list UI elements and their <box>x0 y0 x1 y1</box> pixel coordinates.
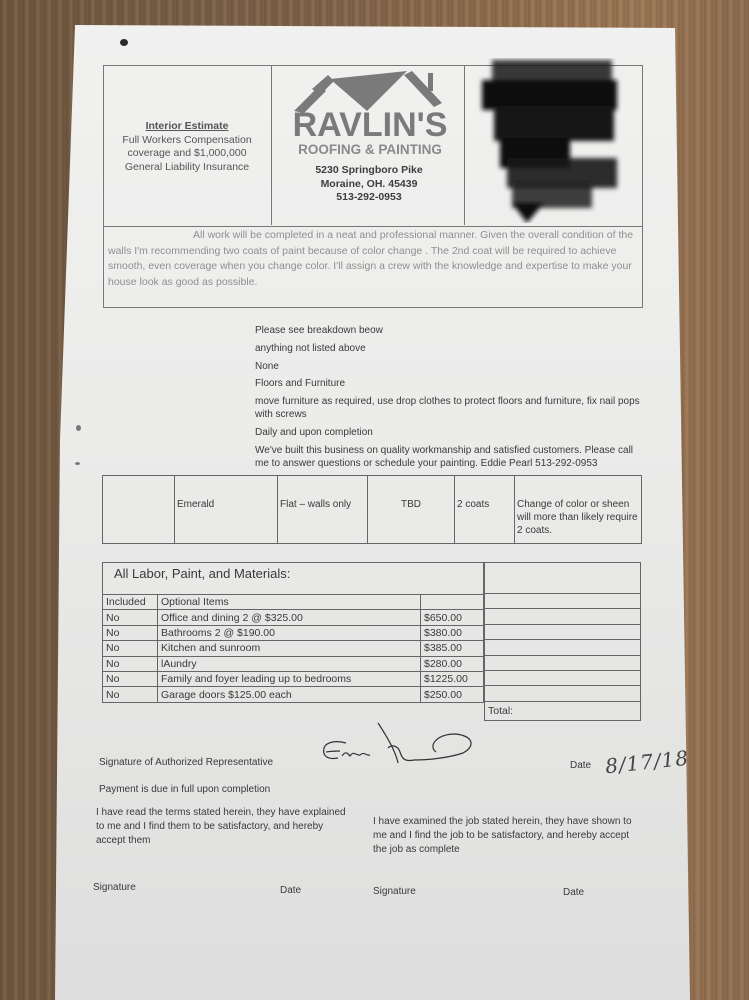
handwritten-signature <box>318 718 483 773</box>
company-name: RAVLIN'S <box>290 108 450 142</box>
customer-signature-label: Signature <box>93 882 136 893</box>
included-cell: No <box>103 687 158 702</box>
item-cell: Kitchen and sunroom <box>158 641 421 656</box>
price-cell: $380.00 <box>421 625 484 640</box>
detail-prep: move furniture as required, use drop clo… <box>255 396 640 421</box>
spec-area <box>103 476 175 543</box>
price-cell: $1225.00 <box>421 671 484 686</box>
completion-date-label: Date <box>563 887 584 898</box>
totals-cell <box>485 609 641 624</box>
col-included: Included <box>103 595 158 610</box>
detail-closing: We've built this business on quality wor… <box>255 445 640 470</box>
item-cell: Office and dining 2 @ $325.00 <box>158 610 421 625</box>
company-phone: 513-292-0953 <box>275 191 463 205</box>
detail-extra: None <box>255 361 640 374</box>
table-row: No lAundry $280.00 <box>103 656 484 671</box>
payment-terms: Payment is due in full upon completion <box>99 784 270 795</box>
company-address: 5230 Springboro Pike Moraine, OH. 45439 … <box>275 164 463 205</box>
price-cell: $385.00 <box>421 641 484 656</box>
item-cell: Family and foyer leading up to bedrooms <box>158 671 421 686</box>
spec-coats: 2 coats <box>455 476 515 543</box>
optional-items-table: Included Optional Items No Office and di… <box>102 594 484 703</box>
totals-cell <box>485 670 641 685</box>
total-label: Total: <box>488 705 513 717</box>
totals-column: Total: <box>484 562 641 721</box>
included-cell: No <box>103 641 158 656</box>
date-label: Date <box>570 760 591 771</box>
insurance-line: coverage and $1,000,000 <box>103 147 271 161</box>
detail-cleanup: Daily and upon completion <box>255 427 640 440</box>
spec-paint-line: Emerald <box>175 476 278 543</box>
col-price <box>421 595 484 610</box>
paint-spec-row: Emerald Flat – walls only TBD 2 coats Ch… <box>102 475 642 544</box>
spec-note: Change of color or sheen will more than … <box>515 476 641 543</box>
table-header-row: Included Optional Items <box>103 595 484 610</box>
estimate-summary: Interior Estimate Full Workers Compensat… <box>103 120 271 174</box>
completion-acceptance-text: I have examined the job stated herein, t… <box>373 815 638 857</box>
customer-info-redaction <box>472 58 630 223</box>
estimate-title: Interior Estimate <box>103 120 271 134</box>
item-cell: Garage doors $125.00 each <box>158 687 421 702</box>
detail-protection: Floors and Furniture <box>255 378 640 391</box>
insurance-line: Full Workers Compensation <box>103 134 271 148</box>
col-items: Optional Items <box>158 595 421 610</box>
price-cell: $250.00 <box>421 687 484 702</box>
ink-blot <box>120 39 128 46</box>
insurance-line: General Liability Insurance <box>103 161 271 175</box>
ink-smudge <box>76 425 81 431</box>
item-cell: lAundry <box>158 656 421 671</box>
intro-paragraph: All work will be completed in a neat and… <box>108 228 640 290</box>
totals-blank <box>485 563 641 594</box>
address-street: 5230 Springboro Pike <box>275 164 463 178</box>
included-cell: No <box>103 671 158 686</box>
terms-acceptance-text: I have read the terms stated herein, the… <box>96 806 346 848</box>
totals-cell <box>485 640 641 655</box>
totals-cell <box>485 686 641 701</box>
price-cell: $280.00 <box>421 656 484 671</box>
table-row: No Family and foyer leading up to bedroo… <box>103 671 484 686</box>
signature-label: Signature of Authorized Representative <box>99 757 273 768</box>
address-city: Moraine, OH. 45439 <box>275 178 463 192</box>
spec-color: TBD <box>368 476 455 543</box>
total-row: Total: <box>485 701 641 720</box>
included-cell: No <box>103 656 158 671</box>
totals-cell <box>485 655 641 670</box>
totals-cell <box>485 594 641 609</box>
price-cell: $650.00 <box>421 610 484 625</box>
item-cell: Bathrooms 2 @ $190.00 <box>158 625 421 640</box>
pricing-heading: All Labor, Paint, and Materials: <box>114 566 290 581</box>
detail-exclusions: anything not listed above <box>255 343 640 356</box>
totals-cell <box>485 624 641 639</box>
completion-signature-label: Signature <box>373 886 416 897</box>
table-row: No Kitchen and sunroom $385.00 <box>103 641 484 656</box>
spec-sheen: Flat – walls only <box>278 476 368 543</box>
included-cell: No <box>103 625 158 640</box>
table-row: No Office and dining 2 @ $325.00 $650.00 <box>103 610 484 625</box>
customer-date-label: Date <box>280 885 301 896</box>
detail-scope: Please see breakdown beow <box>255 325 640 338</box>
company-tagline: ROOFING & PAINTING <box>290 142 450 157</box>
ink-smudge <box>75 462 80 465</box>
table-row: No Garage doors $125.00 each $250.00 <box>103 687 484 702</box>
table-row: No Bathrooms 2 @ $190.00 $380.00 <box>103 625 484 640</box>
included-cell: No <box>103 610 158 625</box>
